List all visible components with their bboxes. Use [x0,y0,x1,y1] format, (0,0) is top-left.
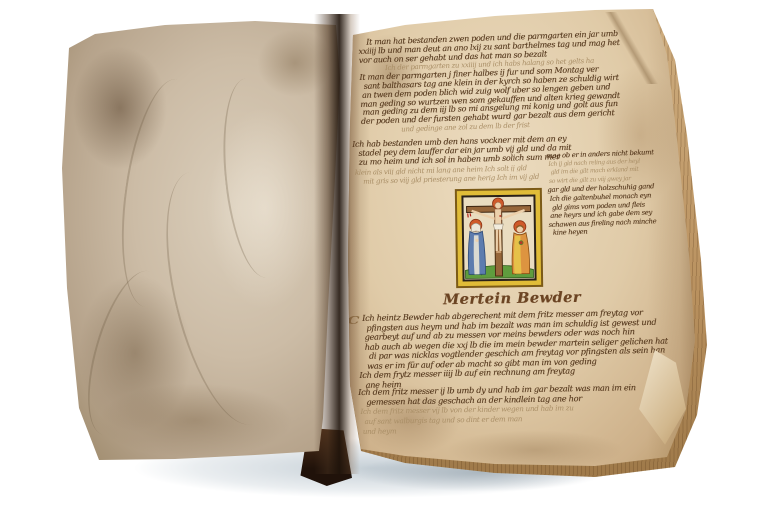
cross-post [494,200,502,276]
manuscript-text-line: It man hat bestanden zwen poden und die … [366,27,684,48]
manuscript-text-line: mag ob er in anders nicht bekumt [546,147,678,160]
entry-heading-rubric: Mertein Bewder [437,289,587,309]
manuscript-text-line: stadel pey dem lauffer dar ein jar umb v… [358,141,658,159]
left-page-blank-parchment [55,18,350,470]
john-book [519,241,523,245]
manuscript-text-line: Ich der parmgarten zu xxiiij und ich hab… [385,53,685,72]
mary-mantle [473,235,479,274]
christ-figure [471,198,525,253]
side-wound [499,215,501,217]
corner-crease [604,12,658,84]
christ-arm-left [472,211,496,220]
manuscript-text-line: xxiiij lb und man deut an ano lxij zu sa… [358,35,682,56]
manuscript-text-line: der poden und der fursten gehabt wurd ga… [361,107,643,127]
manuscript-text-line: ane heyrs und ich gabe dem sey [550,208,676,221]
miniature-frame-outer [455,188,543,288]
manuscript-text-line: gld im die gilt mach erkland mit [551,165,679,177]
book-gutter [314,14,360,474]
manuscript-text-line: klein als viij gld nicht mi lang ane hei… [355,159,647,176]
manuscript-text-line: gld gims vom poden und fleis [552,199,674,212]
manuscript-text-line: an twen dem poden blich wid zuig wolf ub… [362,80,674,101]
manuscript-text-line: pfingsten aus heym und hab im bezalt was… [366,315,700,332]
christ-arm-right [501,210,525,219]
john-mantle [514,236,522,274]
manuscript-text-line: und gedinge ane zol zu dem lb der frist [401,119,551,133]
cross-beam [467,206,531,213]
manuscript-text-line: so wirt die gilt zu viij gwey jar [549,173,673,185]
green-ground [465,265,533,278]
miniature-frame-inner [462,196,535,281]
manuscript-text-line: was er im für auf oder ab macht so gibt … [367,354,659,370]
manuscript-text-line: man geding so wurtzen wen som gekauffen … [360,88,678,109]
manuscript-text-line: und heym [363,426,433,436]
manuscript-text-line: Ich dem frytz messer iiij lb auf ein rec… [359,364,663,381]
manuscript-text-line: It man der parmgarten j finer halbes ij … [359,62,675,83]
mary-veil [471,223,480,232]
john-figure [512,221,530,274]
miniature-frame-gold [457,190,541,286]
manuscript-text-line: hab auch ab wegen die xxj lb die im mein… [365,334,703,351]
christ-legs [496,229,500,251]
manuscript-text-line: auf sant walburgis tag und so dint er de… [365,413,589,426]
manuscript-text-line: schawen aus fireling nach minche [548,216,678,229]
manuscript-text-line: zu mo heim und ich sol in haben umb soli… [359,150,641,168]
crucifixion-miniature [454,187,543,288]
manuscript-text-line: man geding zu dem iij lb so mi ansgelung… [362,97,676,118]
manuscript-text-line: gar gld und der holzschuhig gand [547,182,677,195]
blood-drips [468,213,471,217]
loincloth [493,224,503,230]
manuscript-text-line: Ich hab bestanden umb den hans vockner m… [352,132,656,150]
mary-hands [475,239,478,242]
manuscript-text-line: Ich dem fritz messer ij lb umb dy und ha… [358,381,690,397]
manuscript-text-line: kine heyen [553,227,613,238]
manuscript-text-line: Ich ij gld nach reling aus der heyl [548,156,674,168]
manuscript-text-line: ane heim [365,378,429,390]
manuscript-text-line: Ich dem fritz messer vij lb von der kind… [360,402,664,416]
grass-strokes [471,270,527,276]
manuscript-text-line: vor auch on ser gehabt und das hat man s… [359,47,611,66]
crucifixion-scene [454,187,543,288]
john-hair [516,226,523,228]
manuscript-text-line: gearbeyt auf und ab zu messen vor meins … [364,325,694,342]
manuscript-text-line: gemessen hat das geschach an der kindlei… [366,392,628,407]
mary-figure [468,219,486,274]
manuscript-text-line: sant balthasars tag ane klein in der kyr… [364,71,686,92]
manuscript-text-line: Ich heintz Bewder hab abgerechent mit de… [362,306,692,323]
manuscript-text-line: mit gris so viij gld priesterung ane her… [363,169,625,185]
manuscript-text-line: Ich die galtenbuhel monach eyn [549,191,675,204]
